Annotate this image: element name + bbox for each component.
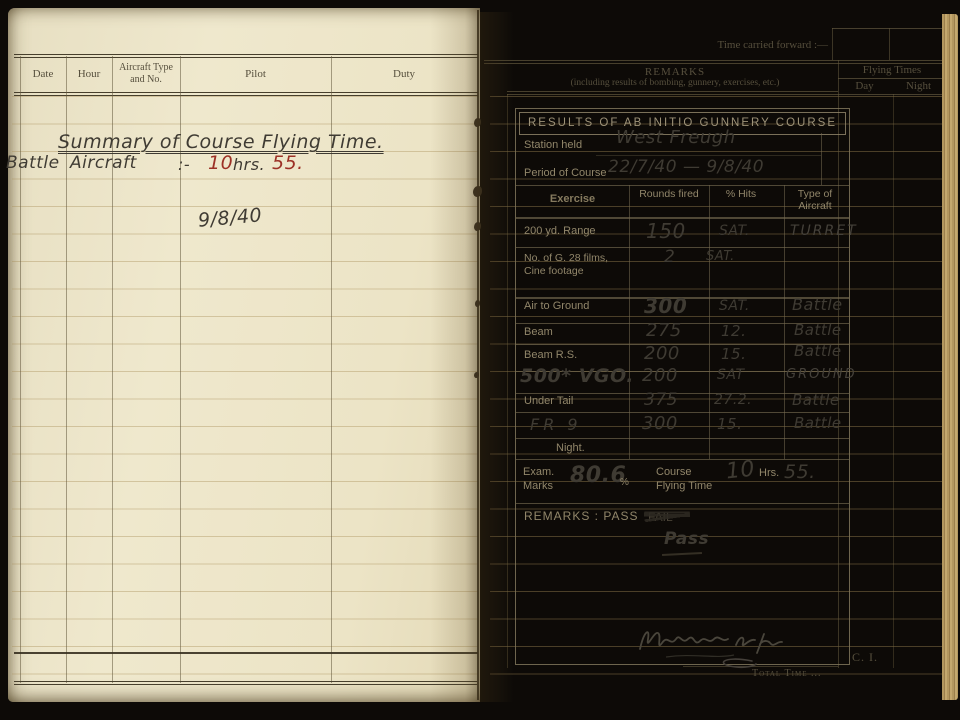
station-underline xyxy=(596,155,821,156)
handwritten-aircraft: Aircraft xyxy=(70,153,137,173)
exam-marks-value: 80.6 xyxy=(570,463,626,488)
exercise-handwritten: FR 9 xyxy=(530,415,582,434)
hits-value: 15. xyxy=(717,415,742,433)
hits-value: 27.2. xyxy=(714,392,752,408)
remarks-header-subtitle: (including results of bombing, gunnery, … xyxy=(510,78,840,88)
day-column-header: Day xyxy=(838,80,891,92)
time-carried-forward-label: Time carried forward :— xyxy=(660,39,828,51)
gunnery-col-aircraft: Type of Aircraft xyxy=(786,188,844,212)
row-line xyxy=(516,412,849,413)
rounds-value: 150 xyxy=(646,219,686,243)
gunnery-col-hits: % Hits xyxy=(721,188,761,200)
exam-marks-label: Exam. Marks xyxy=(523,465,569,493)
course-minutes-value: 55. xyxy=(784,461,816,483)
carried-box-mid xyxy=(889,28,890,60)
rounds-value: 200 xyxy=(644,343,680,364)
aircraft-value: Battle xyxy=(794,321,842,339)
ruled-lines-left xyxy=(12,96,478,676)
aircraft-value: Battle xyxy=(792,295,843,314)
hits-value: SAT xyxy=(717,367,745,383)
fail-scribbled-out: FAIL xyxy=(648,508,673,526)
spine-shadow-right xyxy=(480,12,514,702)
ci-initials: C. I. xyxy=(852,650,878,665)
logbook-scan: Date Hour Aircraft Type and No. Pilot Du… xyxy=(0,0,960,720)
left-bottom-line xyxy=(14,681,478,685)
left-header-topline xyxy=(14,54,478,58)
gunnery-results-table: RESULTS OF AB INITIO GUNNERY COURSE Stat… xyxy=(515,108,850,665)
remarks-pass-label: REMARKS : PASS xyxy=(524,509,638,523)
col-header-pilot: Pilot xyxy=(180,68,331,80)
station-held-label: Station held xyxy=(524,139,582,151)
hits-value: SAT. xyxy=(719,298,750,314)
row-line xyxy=(516,459,849,460)
hits-value: 12. xyxy=(721,322,746,340)
handwritten-battle: Battle xyxy=(6,153,60,173)
pass-underline xyxy=(662,552,702,556)
gunnery-vline-2 xyxy=(709,185,710,459)
course-hrs-unit: Hrs. xyxy=(759,467,779,479)
gunnery-col-exercise: Exercise xyxy=(516,193,629,205)
exercise-handwritten: 500* VGO. xyxy=(520,365,634,387)
rounds-value: 2 xyxy=(664,247,675,267)
handwritten-minutes: 55. xyxy=(272,152,304,174)
col-header-date: Date xyxy=(20,68,66,80)
course-hours-value: 10 xyxy=(725,457,756,485)
rounds-value: 275 xyxy=(646,320,682,341)
station-held-value: West Freugh xyxy=(616,127,736,148)
gunnery-vline-3 xyxy=(784,185,785,459)
aircraft-value: Battle xyxy=(792,391,840,409)
handwritten-summary-title: Summary of Course Flying Time. xyxy=(58,131,384,153)
gunnery-col-rounds: Rounds fired xyxy=(639,188,699,200)
period-bottomline xyxy=(516,185,849,186)
left-total-line xyxy=(14,652,478,654)
row-line xyxy=(516,503,849,504)
exam-marks-percent: % xyxy=(620,477,629,488)
flying-times-divider xyxy=(838,78,946,79)
handwritten-hrs-unit: hrs. xyxy=(233,155,265,174)
exercise-label: Beam xyxy=(524,326,553,338)
row-line xyxy=(516,247,849,248)
col-header-hour: Hour xyxy=(66,68,112,80)
station-period-right-line xyxy=(821,133,822,185)
handwritten-hours: 10 xyxy=(208,152,233,174)
remarks-header-title: REMARKS xyxy=(515,66,835,78)
left-header-bottomline xyxy=(14,92,478,96)
exercise-label: Beam R.S. xyxy=(524,349,577,361)
row-line xyxy=(516,438,849,439)
exercise-label: Under Tail xyxy=(524,395,573,407)
day-night-bottomline xyxy=(838,94,946,95)
carried-box-left xyxy=(832,28,833,60)
period-of-course-label: Period of Course xyxy=(524,167,607,179)
aircraft-value: GROUND xyxy=(786,367,857,382)
gunnery-vline-1 xyxy=(629,185,630,459)
handwritten-colon: :- xyxy=(178,155,190,174)
rounds-value: 200 xyxy=(642,365,678,386)
exercise-label: 200 yd. Range xyxy=(524,225,596,237)
hits-value: 15. xyxy=(721,345,746,363)
day-night-divider-line xyxy=(893,94,894,668)
col-header-aircraft: Aircraft Type and No. xyxy=(114,62,178,86)
exercise-label: Air to Ground xyxy=(524,300,589,312)
exercise-label: No. of G. 28 films, Cine footage xyxy=(524,252,624,278)
night-row-label: Night. xyxy=(556,442,585,454)
night-column-header: Night xyxy=(891,80,946,92)
course-flying-time-label: Course Flying Time xyxy=(656,465,718,493)
col-line xyxy=(20,56,21,683)
flying-times-header: Flying Times xyxy=(838,64,946,76)
rounds-value: 300 xyxy=(642,413,678,434)
remarks-header-bottomline xyxy=(507,91,838,95)
scribble-strokes xyxy=(644,508,690,523)
aircraft-value: TURRET xyxy=(790,223,858,239)
hits-value: SAT. xyxy=(719,223,750,239)
total-time-line xyxy=(683,666,838,667)
handwritten-pass: Pass xyxy=(664,529,709,549)
rounds-value: 300 xyxy=(644,294,687,318)
period-of-course-value: 22/7/40 — 9/8/40 xyxy=(608,157,764,177)
aircraft-value: Battle xyxy=(794,414,842,432)
spine-shadow-left xyxy=(430,8,480,702)
aircraft-value: Battle xyxy=(794,342,842,360)
page-stack-edge xyxy=(942,14,958,700)
total-time-label: Total Time ... xyxy=(752,668,821,679)
hits-value: SAT. xyxy=(706,249,735,264)
rounds-value: 375 xyxy=(644,390,678,410)
